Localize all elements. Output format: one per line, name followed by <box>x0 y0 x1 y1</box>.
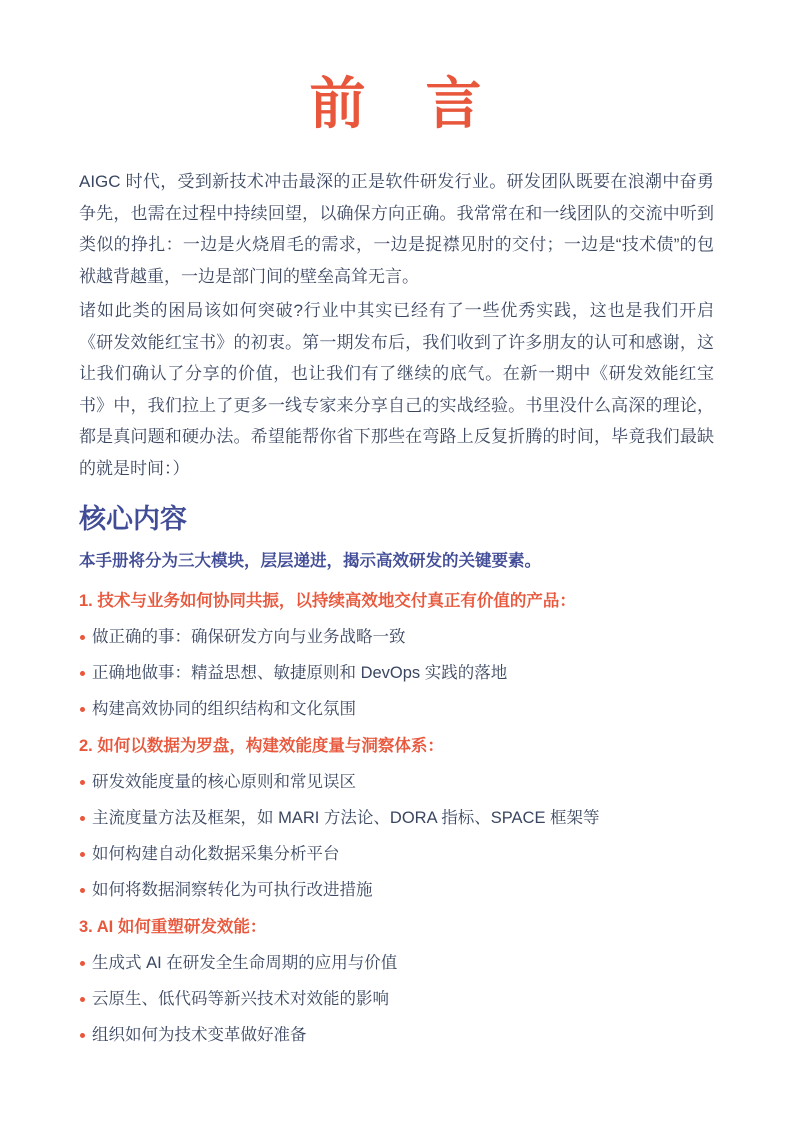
bullet-icon <box>80 961 85 966</box>
list-item: 正确地做事：精益思想、敏捷原则和 DevOps 实践的落地 <box>79 663 714 684</box>
list-item: 云原生、低代码等新兴技术对效能的影响 <box>79 989 714 1010</box>
list-item-text: 做正确的事：确保研发方向与业务战略一致 <box>92 627 714 648</box>
bullet-icon <box>80 707 85 712</box>
bullet-icon <box>80 671 85 676</box>
bullet-icon <box>80 816 85 821</box>
document-page: 前 言 AIGC 时代，受到新技术冲击最深的正是软件研发行业。研发团队既要在浪潮… <box>0 0 793 1122</box>
preface-paragraph-2: 诸如此类的困局该如何突破?行业中其实已经有了一些优秀实践，这也是我们开启《研发效… <box>79 295 714 484</box>
list-item-text: 研发效能度量的核心原则和常见误区 <box>92 772 714 793</box>
module-3-bullet-list: 生成式 AI 在研发全生命周期的应用与价值 云原生、低代码等新兴技术对效能的影响… <box>79 953 714 1046</box>
page-title: 前 言 <box>79 74 714 134</box>
bullet-icon <box>80 997 85 1002</box>
list-item-text: 如何将数据洞察转化为可执行改进措施 <box>92 880 714 901</box>
module-2-bullet-list: 研发效能度量的核心原则和常见误区 主流度量方法及框架，如 MARI 方法论、DO… <box>79 772 714 901</box>
core-content-heading: 核心内容 <box>79 502 714 536</box>
list-item: 构建高效协同的组织结构和文化氛围 <box>79 699 714 720</box>
bullet-icon <box>80 852 85 857</box>
list-item-text: 主流度量方法及框架，如 MARI 方法论、DORA 指标、SPACE 框架等 <box>92 808 714 829</box>
list-item-text: 正确地做事：精益思想、敏捷原则和 DevOps 实践的落地 <box>92 663 714 684</box>
module-2-heading: 2. 如何以数据为罗盘，构建效能度量与洞察体系： <box>79 735 714 757</box>
list-item-text: 生成式 AI 在研发全生命周期的应用与价值 <box>92 953 714 974</box>
list-item-text: 云原生、低代码等新兴技术对效能的影响 <box>92 989 714 1010</box>
module-1-heading: 1. 技术与业务如何协同共振，以持续高效地交付真正有价值的产品： <box>79 590 714 612</box>
list-item: 主流度量方法及框架，如 MARI 方法论、DORA 指标、SPACE 框架等 <box>79 808 714 829</box>
list-item: 如何构建自动化数据采集分析平台 <box>79 844 714 865</box>
list-item-text: 构建高效协同的组织结构和文化氛围 <box>92 699 714 720</box>
list-item-text: 如何构建自动化数据采集分析平台 <box>92 844 714 865</box>
list-item: 如何将数据洞察转化为可执行改进措施 <box>79 880 714 901</box>
list-item: 研发效能度量的核心原则和常见误区 <box>79 772 714 793</box>
preface-paragraph-1: AIGC 时代，受到新技术冲击最深的正是软件研发行业。研发团队既要在浪潮中奋勇争… <box>79 166 714 292</box>
core-content-intro: 本手册将分为三大模块，层层递进，揭示高效研发的关键要素。 <box>79 550 714 572</box>
list-item-text: 组织如何为技术变革做好准备 <box>92 1025 714 1046</box>
bullet-icon <box>80 780 85 785</box>
bullet-icon <box>80 635 85 640</box>
list-item: 生成式 AI 在研发全生命周期的应用与价值 <box>79 953 714 974</box>
bullet-icon <box>80 888 85 893</box>
module-1-bullet-list: 做正确的事：确保研发方向与业务战略一致 正确地做事：精益思想、敏捷原则和 Dev… <box>79 627 714 720</box>
module-3-heading: 3. AI 如何重塑研发效能： <box>79 916 714 938</box>
list-item: 做正确的事：确保研发方向与业务战略一致 <box>79 627 714 648</box>
bullet-icon <box>80 1033 85 1038</box>
list-item: 组织如何为技术变革做好准备 <box>79 1025 714 1046</box>
